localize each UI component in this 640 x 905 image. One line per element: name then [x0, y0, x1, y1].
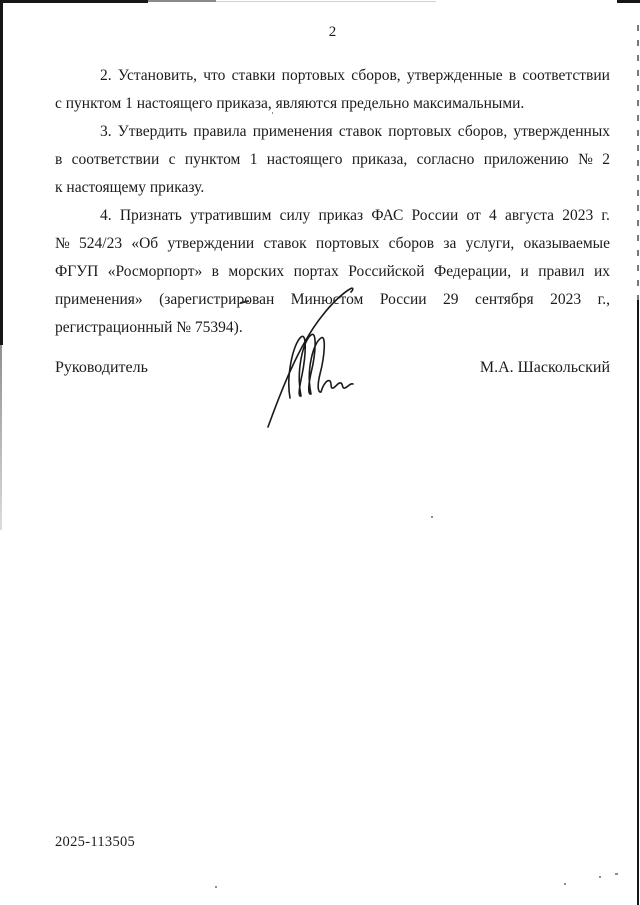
- scan-speck: [615, 873, 618, 875]
- handwritten-signature: [248, 282, 366, 430]
- signatory-name: М.А. Шаскольский: [480, 354, 610, 382]
- scan-border-top: [216, 1, 436, 2]
- scan-speck: [599, 876, 601, 878]
- scan-speck: [215, 886, 217, 888]
- page-number: 2: [55, 22, 610, 42]
- document-code: 2025-113505: [55, 834, 135, 851]
- scan-border-left: [0, 0, 3, 345]
- signatory-role: Руководитель: [55, 354, 148, 382]
- scan-border-top: [617, 0, 640, 3]
- document-line: всоответствииспунктом1настоящегоприказа,…: [55, 146, 610, 174]
- scan-border-left: [0, 345, 2, 530]
- document-line: к настоящему приказу.: [55, 174, 610, 202]
- document-line: 4.ПризнатьутратившимсилуприказФАСРоссиио…: [55, 202, 610, 230]
- document-line: с пунктом 1 настоящего приказа, являются…: [55, 90, 610, 118]
- document-line: 3.Утвердитьправилапримененияставокпортов…: [55, 118, 610, 146]
- scan-speck: [564, 883, 566, 885]
- document-line: №524/23«Обутвержденииставокпортовыхсборо…: [55, 230, 610, 258]
- scan-border-top: [0, 0, 148, 3]
- document-line: 2.Установить,чтоставкипортовыхсборов,утв…: [55, 62, 610, 90]
- scan-border-right: [637, 25, 639, 303]
- scanned-document-page: 2 2.Установить,чтоставкипортовыхсборов,у…: [0, 0, 640, 905]
- scan-border-right: [637, 300, 639, 905]
- scan-border-top: [148, 0, 216, 2]
- scan-speck: [431, 516, 433, 518]
